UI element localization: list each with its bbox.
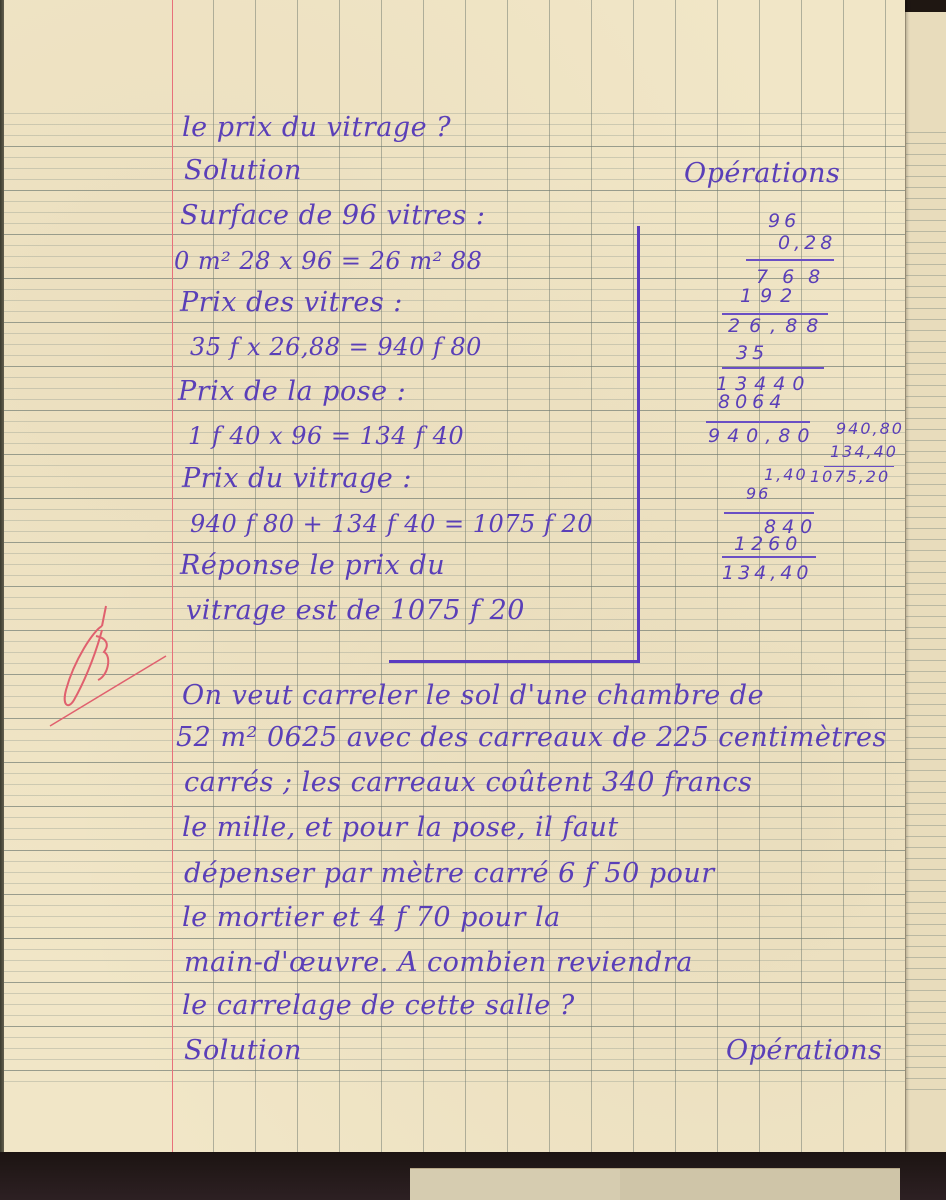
operations-heading: Opérations (726, 1035, 882, 1066)
question-tail: le prix du vitrage ? (182, 112, 451, 143)
solution-heading: Solution (184, 155, 302, 186)
step-calc: 0 m² 28 x 96 = 26 m² 88 (174, 247, 482, 275)
answer-box-horizontal-rule (389, 660, 640, 663)
op-mult3-b: 96 (746, 484, 770, 503)
op-rule (746, 259, 834, 261)
problem2-line: 52 m² 0625 avec des carreaux de 225 cent… (176, 722, 887, 753)
op-mult3-partial2: 1260 (734, 533, 802, 555)
operations-heading: Opérations (684, 158, 840, 189)
step-calc: 940 f 80 + 134 f 40 = 1075 f 20 (190, 510, 593, 538)
notebook-page: le prix du vitrage ? Solution Opérations… (4, 0, 905, 1152)
op-mult3-result: 134,40 (722, 562, 812, 584)
problem2-line: main-d'œuvre. A combien reviendra (184, 947, 693, 978)
answer-box-vertical-rule (637, 226, 640, 663)
problem2-line: carrés ; les carreaux coûtent 340 francs (184, 767, 752, 798)
op-mult1-result: 26,88 (728, 315, 827, 337)
answer-line: vitrage est de 1075 f 20 (186, 595, 525, 626)
op-add-b: 134,40 (830, 442, 898, 461)
op-mult1-b: 0,28 (778, 232, 836, 254)
op-add-a: 940,80 (836, 419, 904, 438)
step-calc: 35 f x 26,88 = 940 f 80 (190, 333, 482, 361)
op-rule (722, 556, 816, 558)
problem2-line: le mortier et 4 f 70 pour la (182, 902, 561, 933)
step-label: Surface de 96 vitres : (180, 200, 486, 231)
step-label: Prix du vitrage : (182, 463, 412, 494)
op-mult1-a: 96 (768, 210, 800, 232)
step-label: Prix de la pose : (178, 376, 406, 407)
op-mult2-result: 940,80 (708, 425, 816, 447)
answer-line: Réponse le prix du (180, 550, 445, 581)
op-rule (724, 512, 814, 514)
op-mult3-a: 1,40 (764, 465, 808, 484)
op-rule (722, 367, 824, 369)
torn-paper-tab (620, 1168, 900, 1200)
torn-paper-tab (410, 1168, 620, 1200)
problem2-line: le mille, et pour la pose, il faut (182, 812, 619, 843)
red-margin-line (172, 0, 173, 1152)
solution-heading: Solution (184, 1035, 302, 1066)
underlying-page-edge (905, 12, 946, 1152)
problem2-line: dépenser par mètre carré 6 f 50 pour (184, 858, 715, 889)
op-add-result: 1075,20 (810, 467, 890, 486)
problem2-line: le carrelage de cette salle ? (182, 990, 575, 1021)
step-label: Prix des vitres : (180, 287, 403, 318)
op-rule (706, 421, 810, 423)
grade-mark-icon (44, 600, 174, 730)
top-edge-shadow (905, 0, 946, 12)
step-calc: 1 f 40 x 96 = 134 f 40 (188, 422, 464, 450)
op-mult2-partial2: 8064 (718, 391, 786, 413)
op-mult1-partial2: 192 (740, 285, 800, 307)
problem2-line: On veut carreler le sol d'une chambre de (182, 680, 764, 711)
op-mult2-a: 35 (736, 342, 768, 364)
